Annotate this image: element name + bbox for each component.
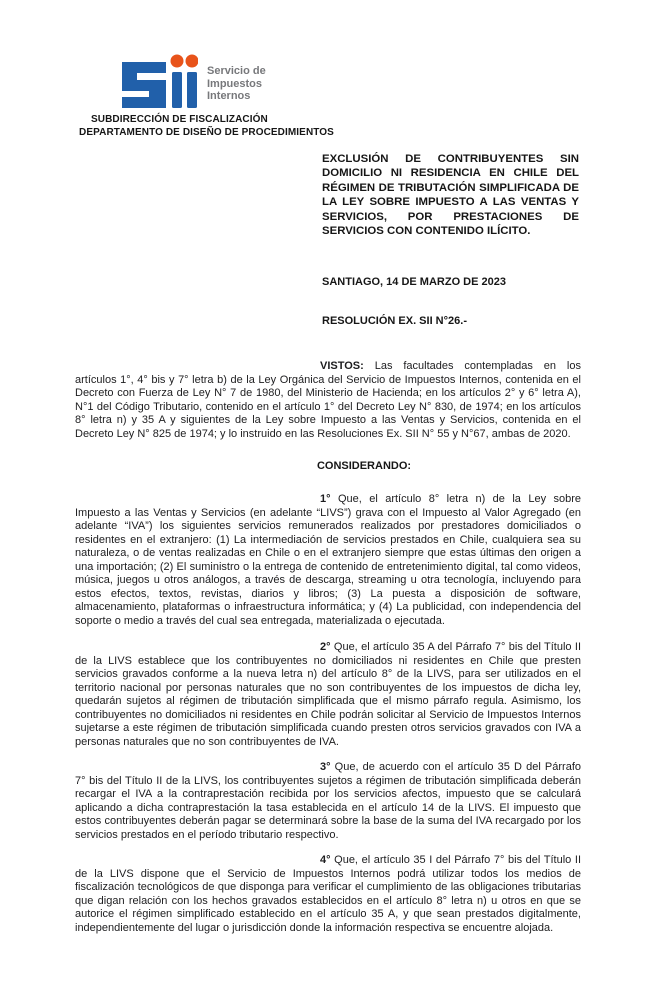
letterhead: SUBDIRECCIÓN DE FISCALIZACIÓN DEPARTAMEN… [79, 114, 334, 139]
paragraph-number: 4° [320, 854, 331, 866]
subdireccion-line: SUBDIRECCIÓN DE FISCALIZACIÓN [91, 114, 334, 127]
departamento-line: DEPARTAMENTO DE DISEÑO DE PROCEDIMIENTOS [79, 127, 334, 140]
resolution-document-page: Servicio de Impuestos Internos SUBDIRECC… [0, 0, 655, 1000]
considerando-paragraph-4: 4° Que, el artículo 35 I del Párrafo 7° … [75, 854, 581, 935]
considerando-paragraph-2: 2° Que, el artículo 35 A del Párrafo 7° … [75, 641, 581, 749]
dateline: SANTIAGO, 14 DE MARZO DE 2023 [322, 276, 506, 288]
paragraph-text: Que, el artículo 8° letra n) de la Ley s… [75, 493, 581, 627]
vistos-label: VISTOS: [320, 360, 364, 372]
paragraph-number: 1° [320, 493, 331, 505]
sii-logo-text: Servicio de Impuestos Internos [207, 65, 266, 103]
paragraph-number: 3° [320, 761, 331, 773]
resolution-number: RESOLUCIÓN EX. SII N°26.- [322, 315, 467, 327]
paragraph-text: Que, el artículo 35 A del Párrafo 7° bis… [75, 641, 581, 748]
sii-letter-s [122, 62, 197, 108]
sii-logo-mark [120, 54, 198, 110]
sii-logo: Servicio de Impuestos Internos [120, 54, 266, 110]
logo-text-line: Impuestos [207, 78, 266, 91]
vistos-paragraph: VISTOS: Las facultades contempladas en l… [75, 360, 581, 441]
considerando-paragraph-3: 3° Que, de acuerdo con el artículo 35 D … [75, 761, 581, 842]
paragraph-number: 2° [320, 641, 331, 653]
considerando-paragraph-1: 1° Que, el artículo 8° letra n) de la Le… [75, 493, 581, 628]
logo-text-line: Servicio de [207, 65, 266, 78]
logo-text-line: Internos [207, 90, 266, 103]
sii-i-dots-icon [171, 55, 199, 68]
considerando-heading: CONSIDERANDO: [75, 460, 581, 472]
resolution-subject: EXCLUSIÓN DE CONTRIBUYENTES SIN DOMICILI… [322, 152, 579, 238]
